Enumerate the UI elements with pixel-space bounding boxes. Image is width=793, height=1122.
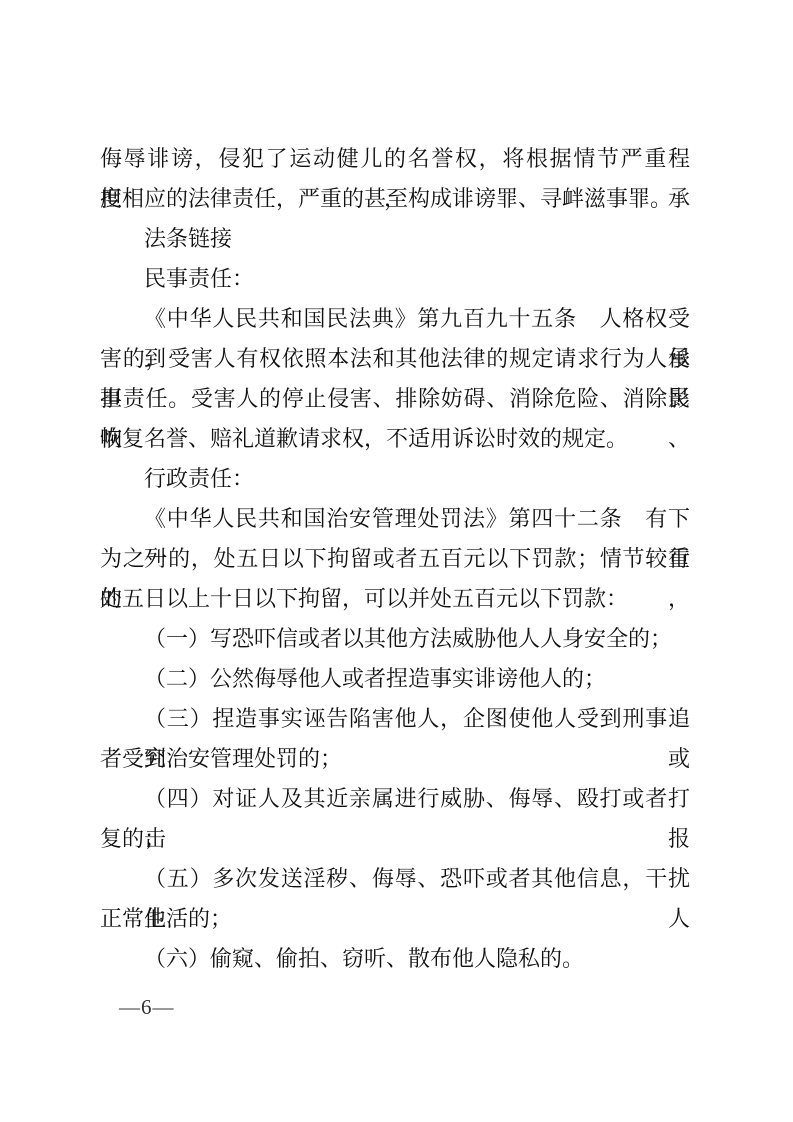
text-line: （四）对证人及其近亲属进行威胁、侮辱、殴打或者打击报 xyxy=(100,779,690,819)
text-line: 为之一的，处五日以下拘留或者五百元以下罚款；情节较重的， xyxy=(100,539,690,579)
text-line: （三）捏造事实诬告陷害他人，企图使他人受到刑事追究或 xyxy=(100,699,690,739)
text-line: 侮辱诽谤，侵犯了运动健儿的名誉权，将根据情节严重程度，承 xyxy=(100,139,690,179)
text-line: 害的，受害人有权依照本法和其他法律的规定请求行为人承担民 xyxy=(100,339,690,379)
text-line: （五）多次发送淫秽、侮辱、恐吓或者其他信息，干扰他人 xyxy=(100,859,690,899)
text-line: （六）偷窥、偷拍、窃听、散布他人隐私的。 xyxy=(100,939,690,979)
text-line: 担相应的法律责任，严重的甚至构成诽谤罪、寻衅滋事罪。 xyxy=(100,179,690,219)
text-line: 恢复名誉、赔礼道歉请求权，不适用诉讼时效的规定。 xyxy=(100,419,690,459)
text-line: 行政责任： xyxy=(100,459,690,499)
text-line: 民事责任： xyxy=(100,259,690,299)
text-line: 《中华人民共和国治安管理处罚法》第四十二条 有下列行 xyxy=(100,499,690,539)
text-line: 处五日以上十日以下拘留，可以并处五百元以下罚款： xyxy=(100,579,690,619)
text-line: （二）公然侮辱他人或者捏造事实诽谤他人的； xyxy=(100,659,690,699)
document-text-block: 侮辱诽谤，侵犯了运动健儿的名誉权，将根据情节严重程度，承担相应的法律责任，严重的… xyxy=(100,139,690,979)
text-line: （一）写恐吓信或者以其他方法威胁他人人身安全的； xyxy=(100,619,690,659)
text-line: 《中华人民共和国民法典》第九百九十五条 人格权受到侵 xyxy=(100,299,690,339)
text-line: 事责任。受害人的停止侵害、排除妨碍、消除危险、消除影响、 xyxy=(100,379,690,419)
page-number: —6— xyxy=(119,996,175,1018)
text-line: 法条链接 xyxy=(100,219,690,259)
document-page: 侮辱诽谤，侵犯了运动健儿的名誉权，将根据情节严重程度，承担相应的法律责任，严重的… xyxy=(0,0,793,1122)
